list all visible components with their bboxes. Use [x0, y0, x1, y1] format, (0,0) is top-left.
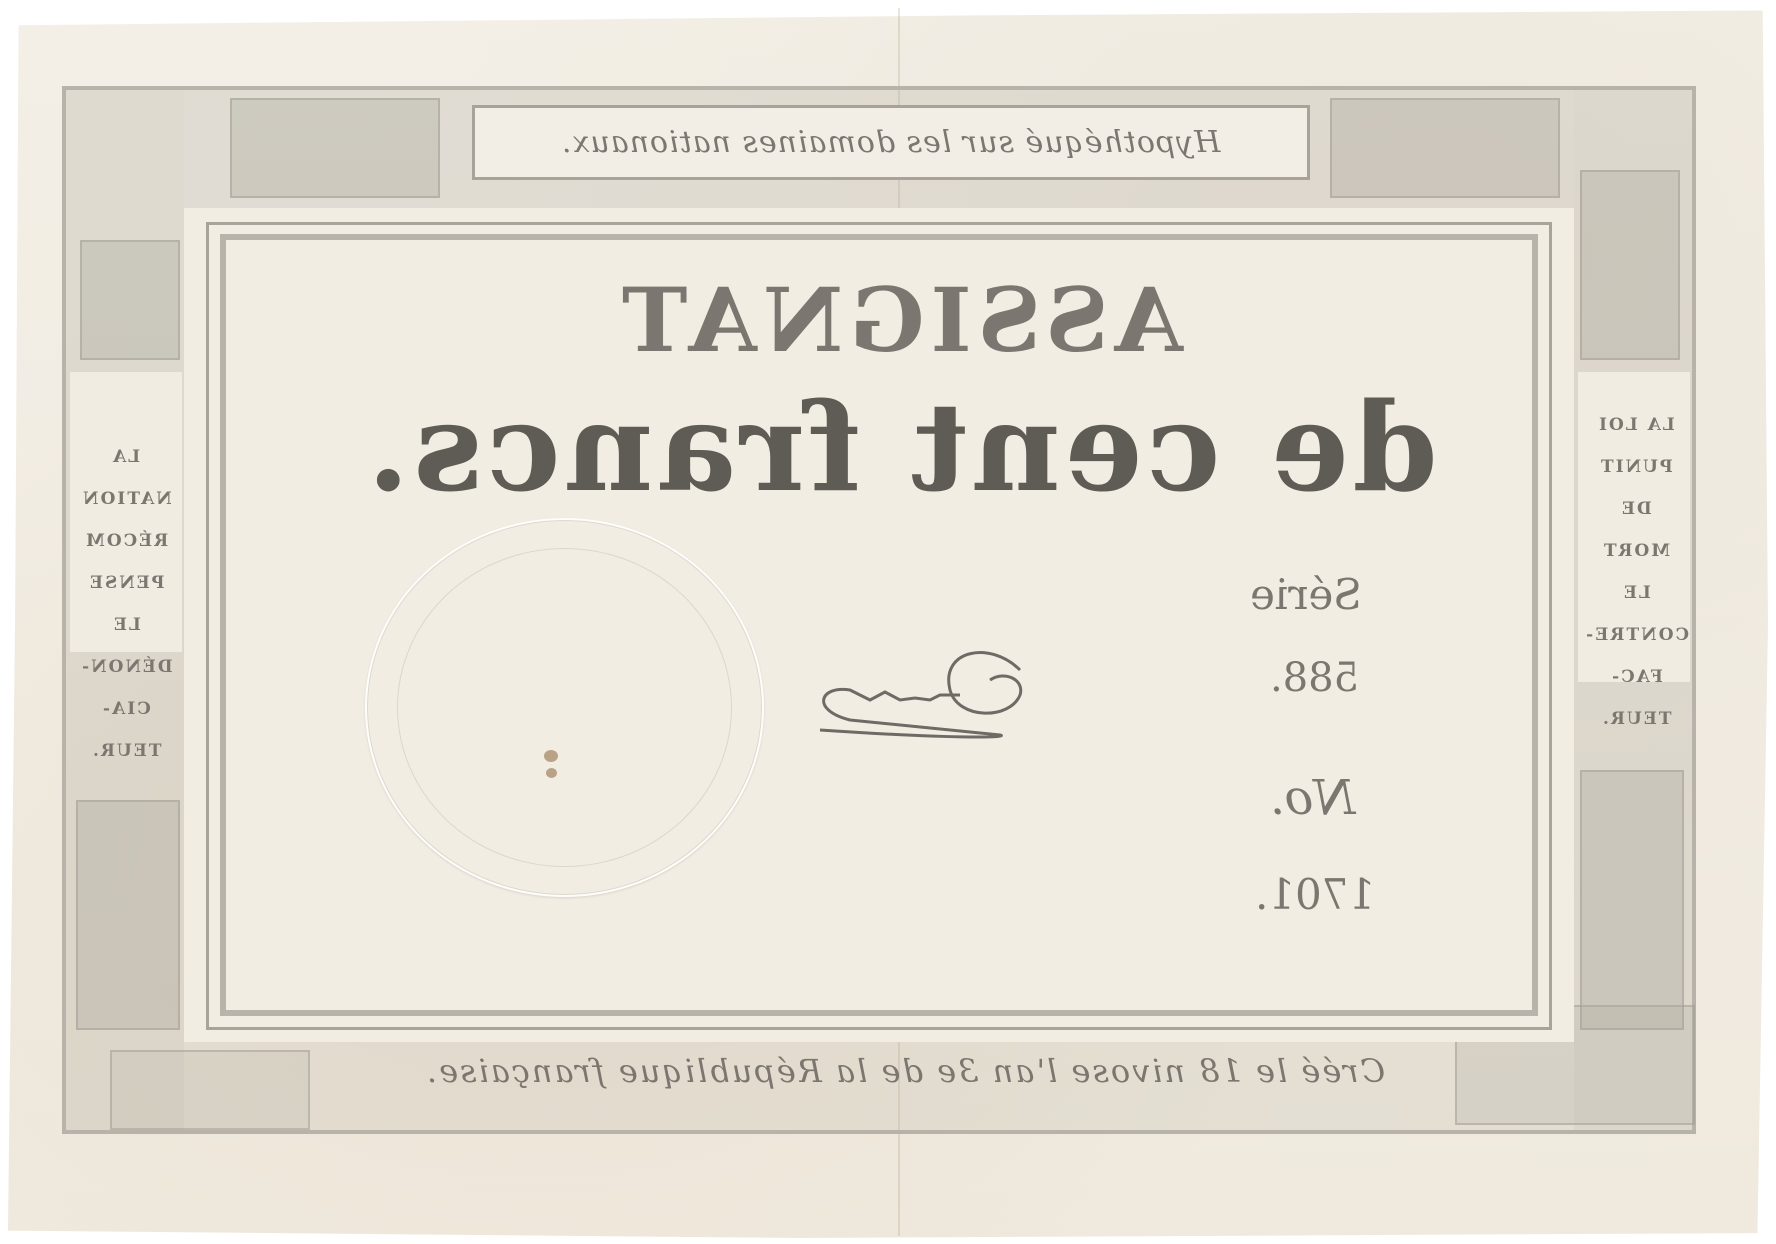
serie-number: 588. — [1270, 655, 1359, 701]
top-right-vignette — [1330, 98, 1560, 198]
left-column-text: LA NATION RÉCOM PENSE LE DÉNON- CIA- TEU… — [78, 436, 174, 772]
serie-label: Série — [1250, 570, 1362, 619]
top-banner-text: Hypothéqué sur les domaines nationaux. — [561, 125, 1220, 160]
right-lower-ornament — [1580, 770, 1684, 1030]
right-column-text: LA LOI PUNIT DE MORT LE CONTRE- FAC- TEU… — [1584, 404, 1688, 740]
top-left-vignette — [230, 98, 440, 198]
signature — [790, 640, 1050, 760]
bottom-banner-text: Créé le 18 nivose l'an 3e de la Républiq… — [360, 1052, 1450, 1090]
seal-inner-ring — [397, 548, 732, 867]
top-banner-box: Hypothéqué sur les domaines nationaux. — [472, 105, 1310, 180]
title-assignat: ASSIGNAT — [580, 268, 1220, 372]
title-denomination: de cent francs. — [260, 375, 1540, 519]
bottom-left-vignette — [110, 1050, 310, 1130]
left-lower-ornament — [76, 800, 180, 1030]
left-pediment-ornament — [80, 240, 180, 360]
embossed-seal — [365, 518, 764, 897]
stain — [546, 768, 557, 778]
number-value: 1701. — [1255, 870, 1375, 919]
stain — [544, 750, 558, 762]
number-label: No. — [1270, 770, 1355, 826]
right-pediment-ornament — [1580, 170, 1680, 360]
